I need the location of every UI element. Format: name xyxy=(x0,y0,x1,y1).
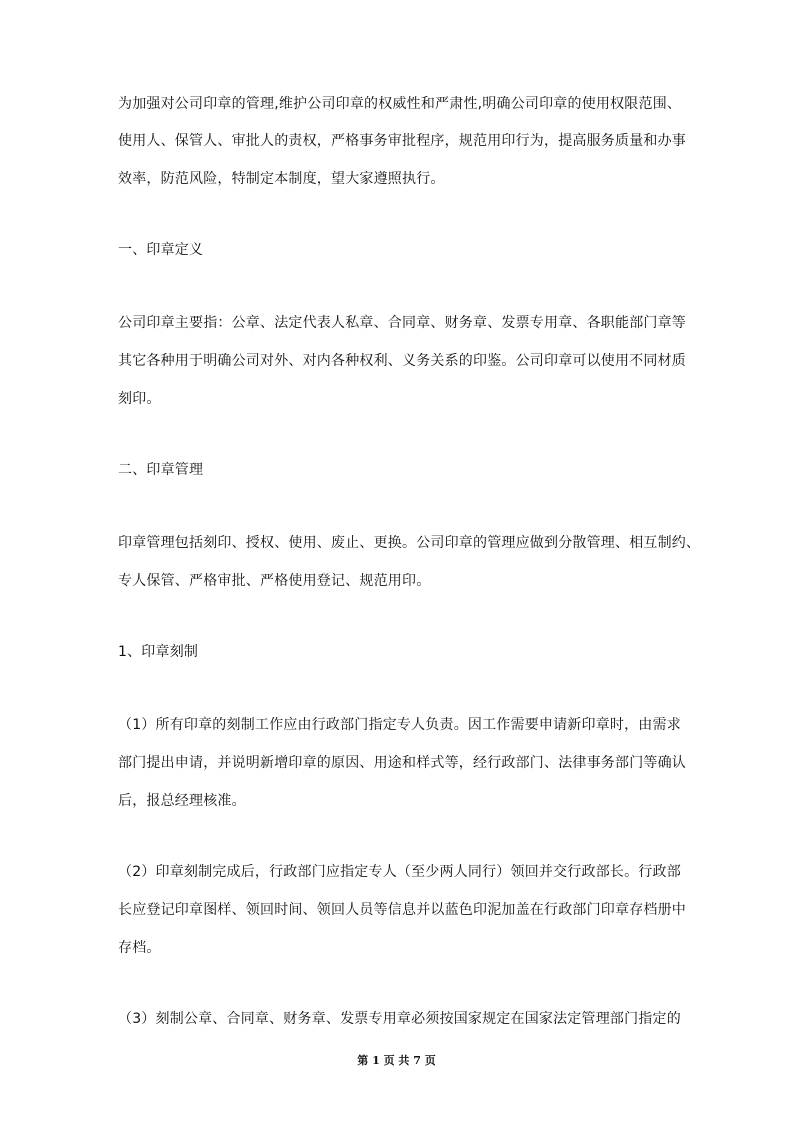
document-page: 为加强对公司印章的管理,维护公司印章的权威性和严肃性,明确公司印章的使用权限范围… xyxy=(0,0,793,1122)
item-1-line-3: 后，报总经理核准。 xyxy=(118,791,246,811)
item-2-line-3: 存档。 xyxy=(118,938,161,958)
item-2-line-1: （2）印章刻制完成后，行政部门应指定专人（至少两人同行）领回并交行政部长。行政部 xyxy=(118,862,681,882)
item-1-line-1: （1）所有印章的刻制工作应由行政部门指定专人负责。因工作需要申请新印章时，由需求 xyxy=(118,715,681,735)
definition-line-3: 刻印。 xyxy=(118,389,161,409)
management-line-2: 专人保管、严格审批、严格使用登记、规范用印。 xyxy=(118,571,430,591)
item-1-line-2: 部门提出申请，并说明新增印章的原因、用途和样式等，经行政部门、法律事务部门等确认 xyxy=(118,753,686,773)
section-heading-definition: 一、印章定义 xyxy=(118,240,203,260)
subsection-heading-seal-making: 1、印章刻制 xyxy=(118,642,198,662)
intro-line-2: 使用人、保管人、审批人的责权，严格事务审批程序，规范用印行为，提高服务质量和办事 xyxy=(118,131,686,151)
definition-line-1: 公司印章主要指：公章、法定代表人私章、合同章、财务章、发票专用章、各职能部门章等 xyxy=(118,313,686,333)
management-line-1: 印章管理包括刻印、授权、使用、废止、更换。公司印章的管理应做到分散管理、相互制约… xyxy=(118,533,700,553)
section-heading-management: 二、印章管理 xyxy=(118,460,203,480)
intro-line-1: 为加强对公司印章的管理,维护公司印章的权威性和严肃性,明确公司印章的使用权限范围… xyxy=(118,94,681,114)
page-number-footer: 第 1 页 共 7 页 xyxy=(0,1052,793,1068)
definition-line-2: 其它各种用于明确公司对外、对内各种权利、义务关系的印鉴。公司印章可以使用不同材质 xyxy=(118,351,686,371)
intro-line-3: 效率，防范风险，特制定本制度，望大家遵照执行。 xyxy=(118,169,445,189)
item-3-line-1: （3）刻制公章、合同章、财务章、发票专用章必须按国家规定在国家法定管理部门指定的 xyxy=(118,1009,681,1029)
item-2-line-2: 长应登记印章图样、领回时间、领回人员等信息并以蓝色印泥加盖在行政部门印章存档册中 xyxy=(118,900,686,920)
